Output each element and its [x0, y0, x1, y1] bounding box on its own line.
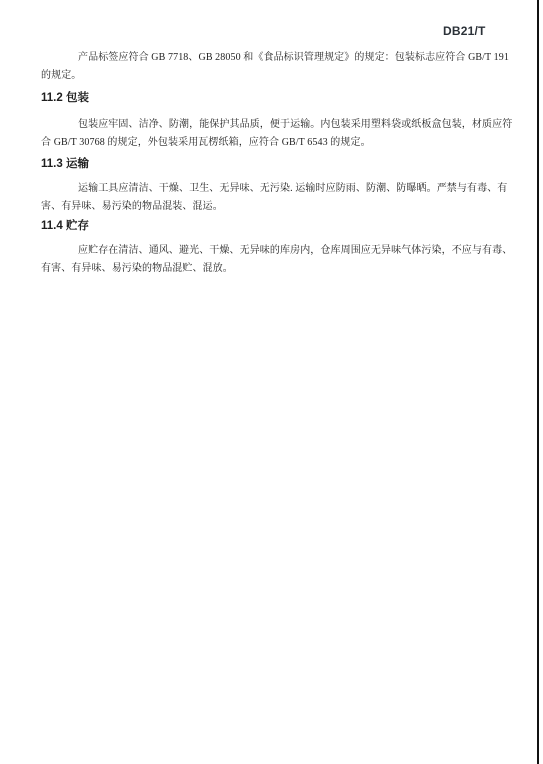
paragraph-line: 有害、有异味、易污染的物品混贮、混放。: [41, 260, 511, 278]
paragraph-transport: 运输工具应清洁、干燥、卫生、无异味、无污染. 运输时应防雨、防潮、防曝晒。严禁与…: [41, 180, 511, 217]
paragraph-labeling: 产品标签应符合 GB 7718、GB 28050 和《食品标识管理规定》的规定：…: [41, 49, 511, 86]
section-heading-11-3-transport: 11.3 运输: [41, 155, 89, 174]
paragraph-line: 运输工具应清洁、干燥、卫生、无异味、无污染. 运输时应防雨、防潮、防曝晒。严禁与…: [41, 180, 511, 198]
paragraph-line: 的规定。: [41, 67, 511, 85]
paragraph-line: 产品标签应符合 GB 7718、GB 28050 和《食品标识管理规定》的规定：…: [41, 49, 511, 67]
paragraph-storage: 应贮存在清洁、通风、避光、干燥、无异味的库房内，仓库周围应无异味气体污染，不应与…: [41, 242, 511, 279]
page-edge-line: [537, 0, 539, 764]
paragraph-line: 害、有异味、易污染的物品混装、混运。: [41, 198, 511, 216]
section-heading-11-2-packaging: 11.2 包装: [41, 89, 89, 108]
section-heading-11-4-storage: 11.4 贮存: [41, 217, 89, 236]
paragraph-line: 应贮存在清洁、通风、避光、干燥、无异味的库房内，仓库周围应无异味气体污染，不应与…: [41, 242, 511, 260]
paragraph-line: 包装应牢固、洁净、防潮，能保护其品质，便于运输。内包装采用塑料袋或纸板盒包装，材…: [41, 116, 511, 134]
doc-code-header: DB21/T: [443, 24, 486, 38]
document-page: DB21/T 产品标签应符合 GB 7718、GB 28050 和《食品标识管理…: [0, 0, 543, 764]
paragraph-line: 合 GB/T 30768 的规定，外包装采用瓦楞纸箱，应符合 GB/T 6543…: [41, 134, 511, 152]
paragraph-packaging: 包装应牢固、洁净、防潮，能保护其品质，便于运输。内包装采用塑料袋或纸板盒包装，材…: [41, 116, 511, 153]
